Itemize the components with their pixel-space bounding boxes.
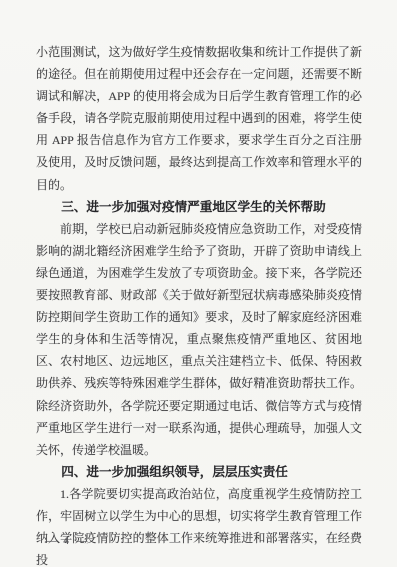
body-paragraph: 1.各学院要切实提高政治站位，高度重视学生疫情防控工作，牢固树立以学生为中心的思… bbox=[36, 483, 362, 567]
document-page: 小范围测试，这为做好学生疫情数据收集和统计工作提供了新的途径。但在前期使用过程中… bbox=[0, 0, 397, 567]
body-paragraph: 前期，学校已启动新冠肺炎疫情应急资助工作，对受疫情影响的湖北籍经济困难学生给予了… bbox=[36, 218, 362, 461]
section-heading: 四、进一步加强组织领导，层层压实责任 bbox=[36, 461, 362, 483]
section-heading: 三、进一步加强对疫情严重地区学生的关怀帮助 bbox=[36, 196, 362, 218]
page-number: — 4 — bbox=[45, 535, 90, 547]
document-body: 小范围测试，这为做好学生疫情数据收集和统计工作提供了新的途径。但在前期使用过程中… bbox=[36, 41, 362, 567]
body-paragraph: 小范围测试，这为做好学生疫情数据收集和统计工作提供了新的途径。但在前期使用过程中… bbox=[36, 41, 362, 196]
